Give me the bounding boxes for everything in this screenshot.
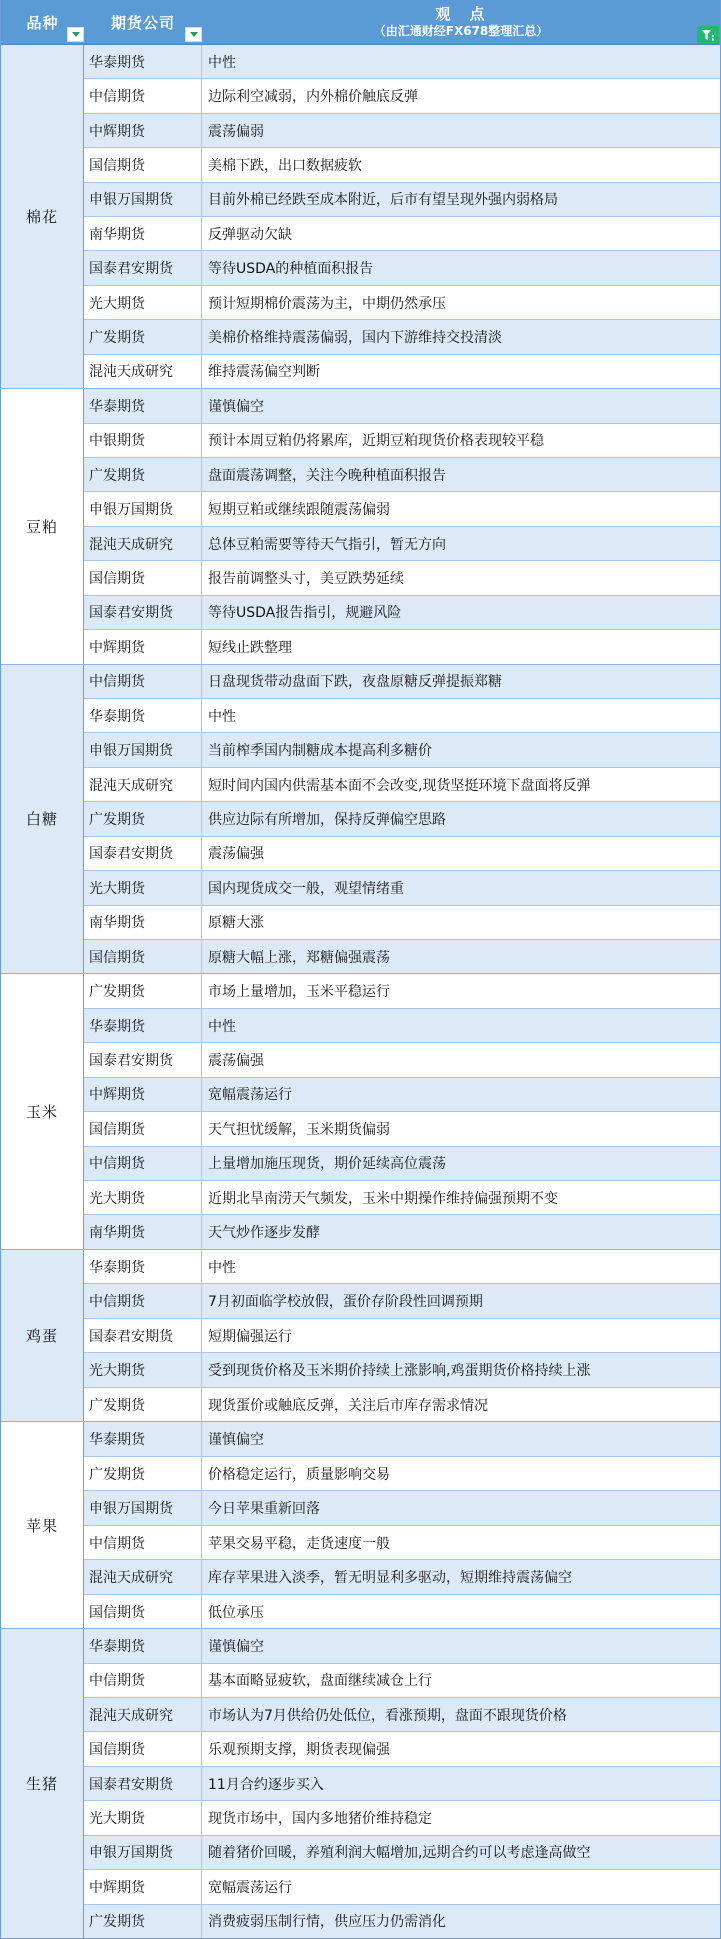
company-cell: 中信期货 xyxy=(84,1284,202,1318)
table-row: 南华期货原糖大涨 xyxy=(84,905,720,939)
opinion-cell: 短线止跌整理 xyxy=(202,630,720,663)
commodity-section: 玉米广发期货市场上量增加，玉米平稳运行华泰期货中性国泰君安期货震荡偏强中辉期货宽… xyxy=(1,973,720,1248)
opinion-cell: 谨慎偏空 xyxy=(202,1422,720,1455)
table-row: 申银万国期货目前外棉已经跌至成本附近，后市有望呈现外强内弱格局 xyxy=(84,182,720,216)
company-cell: 混沌天成研究 xyxy=(84,527,202,560)
opinion-cell: 苹果交易平稳，走货速度一般 xyxy=(202,1526,720,1559)
opinion-cell: 谨慎偏空 xyxy=(202,389,720,422)
opinion-cell: 等待USDA的种植面积报告 xyxy=(202,251,720,284)
opinion-cell: 宽幅震荡运行 xyxy=(202,1078,720,1111)
company-cell: 南华期货 xyxy=(84,217,202,250)
table-row: 国信期货原糖大幅上涨，郑糖偏强震荡 xyxy=(84,939,720,973)
opinion-cell: 维持震荡偏空判断 xyxy=(202,355,720,388)
table-row: 国信期货天气担忧缓解，玉米期货偏弱 xyxy=(84,1111,720,1145)
opinion-cell: 报告前调整头寸，美豆跌势延续 xyxy=(202,561,720,594)
company-cell: 中银期货 xyxy=(84,424,202,457)
opinion-cell: 美棉下跌，出口数据疲软 xyxy=(202,148,720,181)
commodity-section: 苹果华泰期货谨慎偏空广发期货价格稳定运行，质量影响交易申银万国期货今日苹果重新回… xyxy=(1,1421,720,1628)
company-cell: 南华期货 xyxy=(84,906,202,939)
opinion-cell: 现货蛋价或触底反弹，关注后市库存需求情况 xyxy=(202,1388,720,1422)
company-cell: 申银万国期货 xyxy=(84,733,202,766)
table-row: 华泰期货中性 xyxy=(84,698,720,732)
company-cell: 申银万国期货 xyxy=(84,183,202,216)
table-row: 华泰期货中性 xyxy=(84,45,720,78)
opinion-cell: 预计本周豆粕仍将累库，近期豆粕现货价格表现较平稳 xyxy=(202,424,720,457)
table-row: 中信期货日盘现货带动盘面下跌，夜盘原糖反弹提振郑糖 xyxy=(84,665,720,698)
company-cell: 混沌天成研究 xyxy=(84,355,202,388)
commodity-label: 白糖 xyxy=(26,808,58,829)
company-cell: 申银万国期货 xyxy=(84,492,202,525)
opinion-cell: 基本面略显疲软，盘面继续减仓上行 xyxy=(202,1664,720,1697)
chevron-down-icon xyxy=(72,32,80,37)
company-cell: 国信期货 xyxy=(84,561,202,594)
company-cell: 广发期货 xyxy=(84,320,202,353)
company-cell: 广发期货 xyxy=(84,1457,202,1490)
table-row: 光大期货预计短期棉价震荡为主，中期仍然承压 xyxy=(84,285,720,319)
commodity-section: 生猪华泰期货谨慎偏空中信期货基本面略显疲软，盘面继续减仓上行混沌天成研究市场认为… xyxy=(1,1628,720,1938)
opinion-cell: 谨慎偏空 xyxy=(202,1629,720,1662)
category-filter-dropdown-button[interactable] xyxy=(67,27,84,42)
table-row: 国泰君安期货短期偏强运行 xyxy=(84,1318,720,1353)
opinion-cell: 短期豆粕或继续跟随震荡偏弱 xyxy=(202,492,720,525)
company-cell: 光大期货 xyxy=(84,871,202,904)
opinion-cell: 边际利空减弱，内外棉价触底反弹 xyxy=(202,79,720,112)
company-cell: 国信期货 xyxy=(84,148,202,181)
opinion-cell: 近期北旱南涝天气频发，玉米中期操作维持偏强预期不变 xyxy=(202,1181,720,1214)
opinion-cell: 7月初面临学校放假，蛋价存阶段性回调预期 xyxy=(202,1284,720,1318)
company-cell: 混沌天成研究 xyxy=(84,1560,202,1593)
opinion-cell: 原糖大涨 xyxy=(202,906,720,939)
opinion-cell: 中性 xyxy=(202,45,720,78)
table-row: 国泰君安期货震荡偏强 xyxy=(84,1042,720,1076)
header-label-view: 观 点 xyxy=(435,5,486,24)
commodity-cell: 生猪 xyxy=(1,1629,84,1938)
table-row: 光大期货受到现货价格及玉米期价持续上涨影响,鸡蛋期货价格持续上涨 xyxy=(84,1352,720,1387)
table-body: 棉花华泰期货中性中信期货边际利空减弱，内外棉价触底反弹中辉期货震荡偏弱国信期货美… xyxy=(1,45,720,1938)
table-row: 申银万国期货短期豆粕或继续跟随震荡偏弱 xyxy=(84,491,720,525)
company-cell: 中信期货 xyxy=(84,1526,202,1559)
table-row: 光大期货现货市场中，国内多地猪价维持稳定 xyxy=(84,1800,720,1834)
filter-toolbar-button[interactable] xyxy=(697,26,719,44)
opinions-table: 品种 期货公司 观 点 （由汇通财经FX678整理汇总） 棉花华泰期货中性中信期 xyxy=(0,0,721,1939)
company-cell: 中辉期货 xyxy=(84,114,202,147)
company-cell: 申银万国期货 xyxy=(84,1491,202,1524)
section-rows: 华泰期货谨慎偏空中信期货基本面略显疲软，盘面继续减仓上行混沌天成研究市场认为7月… xyxy=(84,1629,720,1938)
opinion-cell: 日盘现货带动盘面下跌，夜盘原糖反弹提振郑糖 xyxy=(202,665,720,698)
table-row: 中辉期货宽幅震荡运行 xyxy=(84,1869,720,1903)
table-row: 华泰期货谨慎偏空 xyxy=(84,1629,720,1662)
opinion-cell: 美棉价格维持震荡偏弱，国内下游维持交投清淡 xyxy=(202,320,720,353)
opinion-cell: 中性 xyxy=(202,1250,720,1284)
table-row: 中信期货边际利空减弱，内外棉价触底反弹 xyxy=(84,78,720,112)
opinion-cell: 市场认为7月供给仍处低位，看涨预期，盘面不跟现货价格 xyxy=(202,1698,720,1731)
table-row: 广发期货现货蛋价或触底反弹，关注后市库存需求情况 xyxy=(84,1387,720,1422)
header-cell-company: 期货公司 xyxy=(84,0,202,44)
company-cell: 国信期货 xyxy=(84,1732,202,1765)
commodity-label: 玉米 xyxy=(26,1101,58,1122)
company-cell: 中辉期货 xyxy=(84,1870,202,1903)
section-rows: 华泰期货谨慎偏空中银期货预计本周豆粕仍将累库，近期豆粕现货价格表现较平稳广发期货… xyxy=(84,389,720,663)
opinion-cell: 低位承压 xyxy=(202,1595,720,1628)
company-filter-dropdown-button[interactable] xyxy=(185,27,202,42)
opinion-cell: 等待USDA报告指引，规避风险 xyxy=(202,596,720,629)
table-row: 国泰君安期货震荡偏强 xyxy=(84,836,720,870)
opinion-cell: 当前榨季国内制糖成本提高利多糖价 xyxy=(202,733,720,766)
section-rows: 华泰期货中性中信期货边际利空减弱，内外棉价触底反弹中辉期货震荡偏弱国信期货美棉下… xyxy=(84,45,720,388)
commodity-cell: 豆粕 xyxy=(1,389,84,663)
header-cell-view: 观 点 （由汇通财经FX678整理汇总） xyxy=(202,0,720,44)
table-row: 华泰期货中性 xyxy=(84,1250,720,1284)
company-cell: 国信期货 xyxy=(84,1595,202,1628)
table-row: 华泰期货谨慎偏空 xyxy=(84,389,720,422)
company-cell: 广发期货 xyxy=(84,974,202,1007)
company-cell: 国泰君安期货 xyxy=(84,251,202,284)
table-row: 广发期货消费疲弱压制行情，供应压力仍需消化 xyxy=(84,1904,720,1938)
company-cell: 中辉期货 xyxy=(84,630,202,663)
opinion-cell: 短期偏强运行 xyxy=(202,1319,720,1353)
commodity-section: 棉花华泰期货中性中信期货边际利空减弱，内外棉价触底反弹中辉期货震荡偏弱国信期货美… xyxy=(1,45,720,388)
company-cell: 光大期货 xyxy=(84,1353,202,1387)
chevron-down-icon xyxy=(190,32,198,37)
company-cell: 广发期货 xyxy=(84,1388,202,1422)
table-row: 南华期货天气炒作逐步发酵 xyxy=(84,1214,720,1248)
company-cell: 华泰期货 xyxy=(84,1422,202,1455)
commodity-cell: 苹果 xyxy=(1,1422,84,1628)
commodity-section: 鸡蛋华泰期货中性中信期货7月初面临学校放假，蛋价存阶段性回调预期国泰君安期货短期… xyxy=(1,1249,720,1422)
table-row: 广发期货美棉价格维持震荡偏弱，国内下游维持交投清淡 xyxy=(84,319,720,353)
company-cell: 国泰君安期货 xyxy=(84,596,202,629)
table-row: 混沌天成研究总体豆粕需要等待天气指引，暂无方向 xyxy=(84,526,720,560)
company-cell: 国泰君安期货 xyxy=(84,1319,202,1353)
table-row: 中银期货预计本周豆粕仍将累库，近期豆粕现货价格表现较平稳 xyxy=(84,423,720,457)
table-row: 混沌天成研究库存苹果进入淡季，暂无明显利多驱动，短期维持震荡偏空 xyxy=(84,1559,720,1593)
table-row: 华泰期货中性 xyxy=(84,1008,720,1042)
company-cell: 广发期货 xyxy=(84,802,202,835)
table-row: 申银万国期货随着猪价回暖，养殖利润大幅增加,远期合约可以考虑逢高做空 xyxy=(84,1835,720,1869)
opinion-cell: 总体豆粕需要等待天气指引，暂无方向 xyxy=(202,527,720,560)
table-row: 国泰君安期货11月合约逐步买入 xyxy=(84,1766,720,1800)
commodity-label: 苹果 xyxy=(26,1515,58,1536)
opinion-cell: 预计短期棉价震荡为主，中期仍然承压 xyxy=(202,286,720,319)
company-cell: 广发期货 xyxy=(84,1905,202,1938)
table-row: 中信期货基本面略显疲软，盘面继续减仓上行 xyxy=(84,1663,720,1697)
table-row: 光大期货国内现货成交一般，观望情绪重 xyxy=(84,870,720,904)
opinion-cell: 今日苹果重新回落 xyxy=(202,1491,720,1524)
company-cell: 国信期货 xyxy=(84,940,202,973)
table-row: 中辉期货宽幅震荡运行 xyxy=(84,1077,720,1111)
table-row: 中信期货7月初面临学校放假，蛋价存阶段性回调预期 xyxy=(84,1283,720,1318)
opinion-cell: 中性 xyxy=(202,1009,720,1042)
opinion-cell: 宽幅震荡运行 xyxy=(202,1870,720,1903)
table-row: 广发期货价格稳定运行，质量影响交易 xyxy=(84,1456,720,1490)
opinion-cell: 震荡偏强 xyxy=(202,837,720,870)
company-cell: 国泰君安期货 xyxy=(84,837,202,870)
company-cell: 混沌天成研究 xyxy=(84,1698,202,1731)
company-cell: 国泰君安期货 xyxy=(84,1043,202,1076)
commodity-label: 生猪 xyxy=(26,1773,58,1794)
table-row: 广发期货市场上量增加，玉米平稳运行 xyxy=(84,974,720,1007)
opinion-cell: 短时间内国内供需基本面不会改变,现货坚挺环境下盘面将反弹 xyxy=(202,768,720,801)
company-cell: 中信期货 xyxy=(84,1147,202,1180)
opinion-cell: 受到现货价格及玉米期价持续上涨影响,鸡蛋期货价格持续上涨 xyxy=(202,1353,720,1387)
company-cell: 申银万国期货 xyxy=(84,1836,202,1869)
table-row: 国泰君安期货等待USDA的种植面积报告 xyxy=(84,250,720,284)
table-row: 混沌天成研究维持震荡偏空判断 xyxy=(84,354,720,388)
company-cell: 华泰期货 xyxy=(84,45,202,78)
table-row: 光大期货近期北旱南涝天气频发，玉米中期操作维持偏强预期不变 xyxy=(84,1180,720,1214)
funnel-icon xyxy=(701,29,715,42)
opinion-cell: 天气担忧缓解，玉米期货偏弱 xyxy=(202,1112,720,1145)
table-row: 中信期货上量增加施压现货，期价延续高位震荡 xyxy=(84,1146,720,1180)
opinion-cell: 盘面震荡调整，关注今晚种植面积报告 xyxy=(202,458,720,491)
commodity-cell: 白糖 xyxy=(1,665,84,974)
company-cell: 华泰期货 xyxy=(84,1009,202,1042)
opinion-cell: 国内现货成交一般，观望情绪重 xyxy=(202,871,720,904)
table-row: 混沌天成研究市场认为7月供给仍处低位，看涨预期，盘面不跟现货价格 xyxy=(84,1697,720,1731)
table-row: 国信期货报告前调整头寸，美豆跌势延续 xyxy=(84,560,720,594)
company-cell: 中信期货 xyxy=(84,79,202,112)
table-row: 华泰期货谨慎偏空 xyxy=(84,1422,720,1455)
section-rows: 中信期货日盘现货带动盘面下跌，夜盘原糖反弹提振郑糖华泰期货中性申银万国期货当前榨… xyxy=(84,665,720,974)
opinion-cell: 11月合约逐步买入 xyxy=(202,1767,720,1800)
table-row: 国信期货乐观预期支撑，期货表现偏强 xyxy=(84,1731,720,1765)
table-row: 国泰君安期货等待USDA报告指引，规避风险 xyxy=(84,595,720,629)
commodity-cell: 鸡蛋 xyxy=(1,1250,84,1422)
table-header: 品种 期货公司 观 点 （由汇通财经FX678整理汇总） xyxy=(1,0,720,45)
table-row: 南华期货反弹驱动欠缺 xyxy=(84,216,720,250)
commodity-section: 白糖中信期货日盘现货带动盘面下跌，夜盘原糖反弹提振郑糖华泰期货中性申银万国期货当… xyxy=(1,664,720,974)
table-row: 中辉期货短线止跌整理 xyxy=(84,629,720,663)
table-row: 中信期货苹果交易平稳，走货速度一般 xyxy=(84,1525,720,1559)
table-row: 混沌天成研究短时间内国内供需基本面不会改变,现货坚挺环境下盘面将反弹 xyxy=(84,767,720,801)
opinion-cell: 随着猪价回暖，养殖利润大幅增加,远期合约可以考虑逢高做空 xyxy=(202,1836,720,1869)
opinion-cell: 震荡偏强 xyxy=(202,1043,720,1076)
company-cell: 南华期货 xyxy=(84,1215,202,1248)
table-row: 广发期货盘面震荡调整，关注今晚种植面积报告 xyxy=(84,457,720,491)
company-cell: 光大期货 xyxy=(84,286,202,319)
company-cell: 广发期货 xyxy=(84,458,202,491)
commodity-label: 鸡蛋 xyxy=(26,1325,58,1346)
header-label-category: 品种 xyxy=(26,12,58,33)
commodity-cell: 棉花 xyxy=(1,45,84,388)
opinion-cell: 乐观预期支撑，期货表现偏强 xyxy=(202,1732,720,1765)
company-cell: 华泰期货 xyxy=(84,389,202,422)
company-cell: 光大期货 xyxy=(84,1181,202,1214)
table-row: 申银万国期货今日苹果重新回落 xyxy=(84,1490,720,1524)
table-row: 申银万国期货当前榨季国内制糖成本提高利多糖价 xyxy=(84,732,720,766)
company-cell: 中信期货 xyxy=(84,1664,202,1697)
company-cell: 国泰君安期货 xyxy=(84,1767,202,1800)
company-cell: 华泰期货 xyxy=(84,1250,202,1284)
opinion-cell: 反弹驱动欠缺 xyxy=(202,217,720,250)
company-cell: 国信期货 xyxy=(84,1112,202,1145)
section-rows: 华泰期货谨慎偏空广发期货价格稳定运行，质量影响交易申银万国期货今日苹果重新回落中… xyxy=(84,1422,720,1628)
company-cell: 华泰期货 xyxy=(84,1629,202,1662)
opinion-cell: 目前外棉已经跌至成本附近，后市有望呈现外强内弱格局 xyxy=(202,183,720,216)
section-rows: 广发期货市场上量增加，玉米平稳运行华泰期货中性国泰君安期货震荡偏强中辉期货宽幅震… xyxy=(84,974,720,1248)
opinion-cell: 天气炒作逐步发酵 xyxy=(202,1215,720,1248)
opinion-cell: 库存苹果进入淡季，暂无明显利多驱动，短期维持震荡偏空 xyxy=(202,1560,720,1593)
header-cell-category: 品种 xyxy=(1,0,84,44)
table-row: 广发期货供应边际有所增加，保持反弹偏空思路 xyxy=(84,801,720,835)
company-cell: 华泰期货 xyxy=(84,699,202,732)
section-rows: 华泰期货中性中信期货7月初面临学校放假，蛋价存阶段性回调预期国泰君安期货短期偏强… xyxy=(84,1250,720,1422)
company-cell: 光大期货 xyxy=(84,1801,202,1834)
table-row: 中辉期货震荡偏弱 xyxy=(84,113,720,147)
table-row: 国信期货美棉下跌，出口数据疲软 xyxy=(84,147,720,181)
company-cell: 中辉期货 xyxy=(84,1078,202,1111)
opinion-cell: 供应边际有所增加，保持反弹偏空思路 xyxy=(202,802,720,835)
commodity-label: 棉花 xyxy=(26,206,58,227)
opinion-cell: 现货市场中，国内多地猪价维持稳定 xyxy=(202,1801,720,1834)
opinion-cell: 原糖大幅上涨，郑糖偏强震荡 xyxy=(202,940,720,973)
opinion-cell: 震荡偏弱 xyxy=(202,114,720,147)
opinion-cell: 市场上量增加，玉米平稳运行 xyxy=(202,974,720,1007)
commodity-label: 豆粕 xyxy=(26,516,58,537)
opinion-cell: 上量增加施压现货，期价延续高位震荡 xyxy=(202,1147,720,1180)
commodity-cell: 玉米 xyxy=(1,974,84,1248)
header-label-company: 期货公司 xyxy=(111,12,175,33)
opinion-cell: 消费疲弱压制行情，供应压力仍需消化 xyxy=(202,1905,720,1938)
company-cell: 中信期货 xyxy=(84,665,202,698)
opinion-cell: 价格稳定运行，质量影响交易 xyxy=(202,1457,720,1490)
table-row: 国信期货低位承压 xyxy=(84,1594,720,1628)
header-view-subtitle: （由汇通财经FX678整理汇总） xyxy=(374,24,549,39)
opinion-cell: 中性 xyxy=(202,699,720,732)
commodity-section: 豆粕华泰期货谨慎偏空中银期货预计本周豆粕仍将累库，近期豆粕现货价格表现较平稳广发… xyxy=(1,388,720,663)
company-cell: 混沌天成研究 xyxy=(84,768,202,801)
